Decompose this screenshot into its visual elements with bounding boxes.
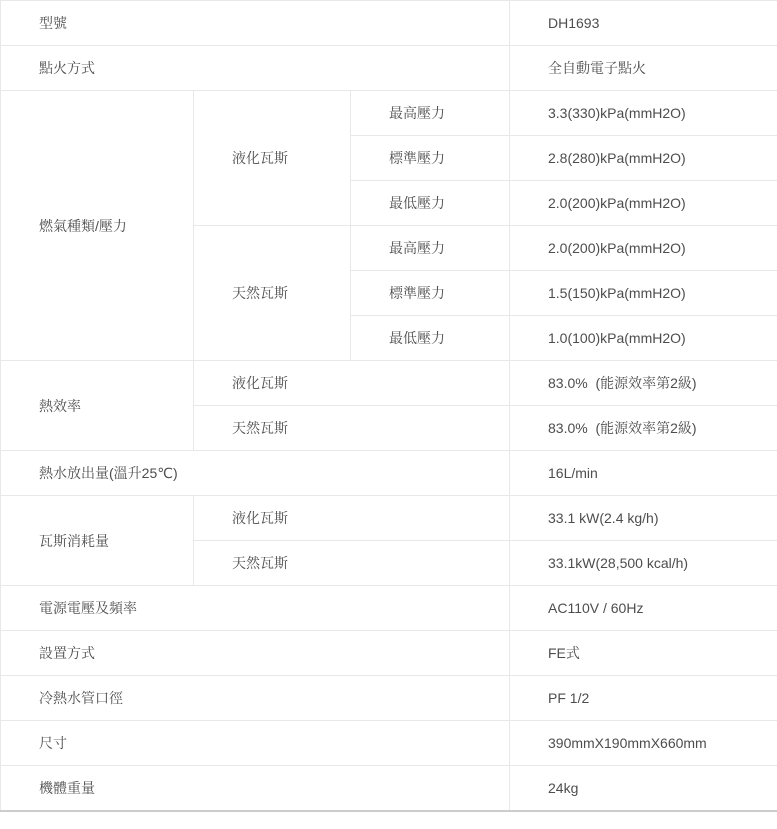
label-lpg-std-pressure: 標準壓力 (351, 136, 510, 181)
label-weight: 機體重量 (1, 766, 510, 811)
label-model: 型號 (1, 1, 510, 46)
row-gas-consumption-lpg: 瓦斯消耗量 液化瓦斯 33.1 kW(2.4 kg/h) (1, 496, 777, 541)
value-ignition: 全自動電子點火 (510, 46, 777, 91)
spec-table: 型號 DH1693 點火方式 全自動電子點火 燃氣種類/壓力 液化瓦斯 最高壓力… (0, 0, 777, 812)
label-thermal-efficiency: 熱效率 (1, 361, 194, 451)
value-ng-max-pressure: 2.0(200)kPa(mmH2O) (510, 226, 777, 271)
value-lpg-max-pressure: 3.3(330)kPa(mmH2O) (510, 91, 777, 136)
label-installation-type: 設置方式 (1, 631, 510, 676)
value-model: DH1693 (510, 1, 777, 46)
label-ng-max-pressure: 最高壓力 (351, 226, 510, 271)
value-pipe-diameter: PF 1/2 (510, 676, 777, 721)
value-efficiency-lpg: 83.0% (能源效率第2級) (510, 361, 777, 406)
value-ng-std-pressure: 1.5(150)kPa(mmH2O) (510, 271, 777, 316)
label-lpg-max-pressure: 最高壓力 (351, 91, 510, 136)
label-ng-group: 天然瓦斯 (194, 226, 351, 361)
row-dimensions: 尺寸 390mmX190mmX660mm (1, 721, 777, 766)
value-consumption-lpg: 33.1 kW(2.4 kg/h) (510, 496, 777, 541)
spec-table-container: 型號 DH1693 點火方式 全自動電子點火 燃氣種類/壓力 液化瓦斯 最高壓力… (0, 0, 777, 812)
row-power: 電源電壓及頻率 AC110V / 60Hz (1, 586, 777, 631)
row-efficiency-lpg: 熱效率 液化瓦斯 83.0% (能源效率第2級) (1, 361, 777, 406)
label-hot-water-output: 熱水放出量(溫升25℃) (1, 451, 510, 496)
label-ng-min-pressure: 最低壓力 (351, 316, 510, 361)
label-consumption-lpg: 液化瓦斯 (194, 496, 510, 541)
label-gas-consumption: 瓦斯消耗量 (1, 496, 194, 586)
value-weight: 24kg (510, 766, 777, 811)
value-lpg-std-pressure: 2.8(280)kPa(mmH2O) (510, 136, 777, 181)
label-power: 電源電壓及頻率 (1, 586, 510, 631)
value-installation-type: FE式 (510, 631, 777, 676)
label-lpg-group: 液化瓦斯 (194, 91, 351, 226)
value-efficiency-ng: 83.0% (能源效率第2級) (510, 406, 777, 451)
label-ignition: 點火方式 (1, 46, 510, 91)
label-efficiency-lpg: 液化瓦斯 (194, 361, 510, 406)
label-pipe-diameter: 冷熱水管口徑 (1, 676, 510, 721)
row-pipe-diameter: 冷熱水管口徑 PF 1/2 (1, 676, 777, 721)
value-consumption-ng: 33.1kW(28,500 kcal/h) (510, 541, 777, 586)
label-consumption-ng: 天然瓦斯 (194, 541, 510, 586)
label-lpg-min-pressure: 最低壓力 (351, 181, 510, 226)
value-ng-min-pressure: 1.0(100)kPa(mmH2O) (510, 316, 777, 361)
row-hot-water-output: 熱水放出量(溫升25℃) 16L/min (1, 451, 777, 496)
row-model: 型號 DH1693 (1, 1, 777, 46)
label-efficiency-ng: 天然瓦斯 (194, 406, 510, 451)
value-hot-water-output: 16L/min (510, 451, 777, 496)
label-gas-type-pressure: 燃氣種類/壓力 (1, 91, 194, 361)
label-dimensions: 尺寸 (1, 721, 510, 766)
value-dimensions: 390mmX190mmX660mm (510, 721, 777, 766)
value-power: AC110V / 60Hz (510, 586, 777, 631)
row-ignition: 點火方式 全自動電子點火 (1, 46, 777, 91)
row-gas-pressure-lpg-max: 燃氣種類/壓力 液化瓦斯 最高壓力 3.3(330)kPa(mmH2O) (1, 91, 777, 136)
label-ng-std-pressure: 標準壓力 (351, 271, 510, 316)
value-lpg-min-pressure: 2.0(200)kPa(mmH2O) (510, 181, 777, 226)
row-weight: 機體重量 24kg (1, 766, 777, 811)
row-installation-type: 設置方式 FE式 (1, 631, 777, 676)
